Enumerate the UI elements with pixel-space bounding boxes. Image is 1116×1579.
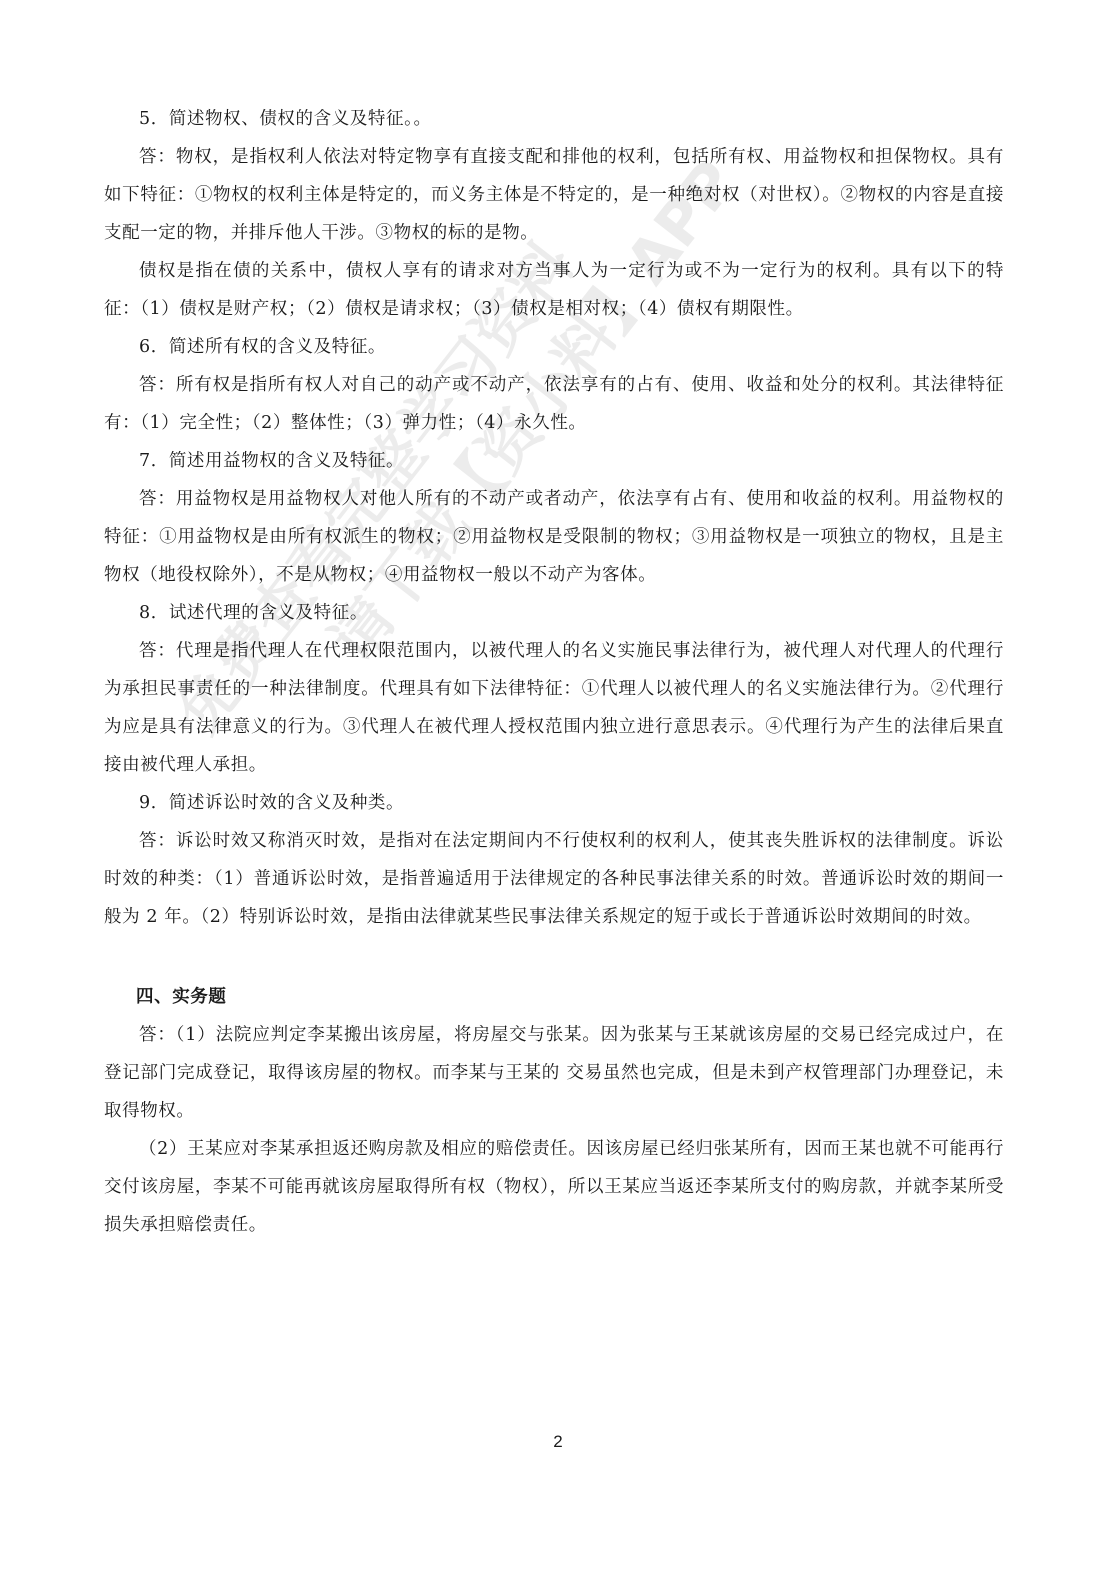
question-6: 6．简述所有权的含义及特征。 [104, 328, 1004, 366]
answer-9: 答：诉讼时效又称消灭时效，是指对在法定期间内不行使权利的权利人，使其丧失胜诉权的… [104, 822, 1004, 936]
section-title-practical: 四、实务题 [104, 978, 1004, 1016]
question-9: 9．简述诉讼时效的含义及种类。 [104, 784, 1004, 822]
practical-answer-1: 答：（1）法院应判定李某搬出该房屋，将房屋交与张某。因为张某与王某就该房屋的交易… [104, 1016, 1004, 1130]
answer-5-property-right: 答：物权，是指权利人依法对特定物享有直接支配和排他的权利，包括所有权、用益物权和… [104, 138, 1004, 252]
answer-6: 答：所有权是指所有权人对自己的动产或不动产，依法享有的占有、使用、收益和处分的权… [104, 366, 1004, 442]
practical-answer-2: （2）王某应对李某承担返还购房款及相应的赔偿责任。因该房屋已经归张某所有，因而王… [104, 1130, 1004, 1244]
document-page: 5．简述物权、债权的含义及特征。。 答：物权，是指权利人依法对特定物享有直接支配… [104, 100, 1004, 1244]
answer-8: 答：代理是指代理人在代理权限范围内，以被代理人的名义实施民事法律行为，被代理人对… [104, 632, 1004, 784]
answer-7: 答：用益物权是用益物权人对他人所有的不动产或者动产，依法享有占有、使用和收益的权… [104, 480, 1004, 594]
question-8: 8．试述代理的含义及特征。 [104, 594, 1004, 632]
page-number: 2 [0, 1432, 1116, 1452]
answer-5-creditor-right: 债权是指在债的关系中，债权人享有的请求对方当事人为一定行为或不为一定行为的权利。… [104, 252, 1004, 328]
question-5: 5．简述物权、债权的含义及特征。。 [104, 100, 1004, 138]
question-7: 7．简述用益物权的含义及特征。 [104, 442, 1004, 480]
